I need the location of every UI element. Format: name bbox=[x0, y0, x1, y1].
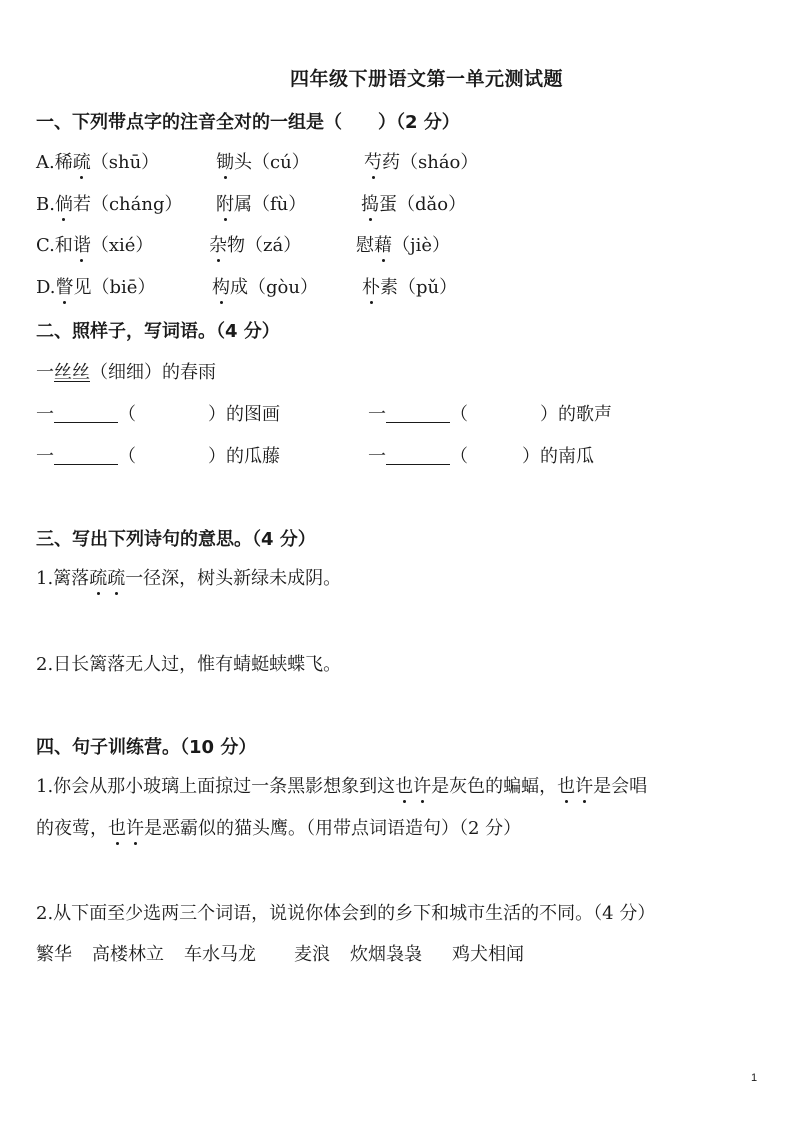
poem-line-2: 2.日长篱落无人过，惟有蜻蜓蛱蝶飞。 bbox=[36, 650, 341, 676]
option-d-item2: 构成（gòu） bbox=[212, 273, 318, 299]
option-d-item3: 朴素（pǔ） bbox=[362, 273, 457, 299]
option-c-item2: 杂物（zá） bbox=[209, 231, 301, 257]
fill-item-4: 一（ ）的南瓜 bbox=[368, 442, 594, 468]
section4-heading: 四、句子训练营。（10 分） bbox=[36, 733, 256, 759]
option-d: D.瞥见（biē） bbox=[36, 273, 155, 299]
answer-blank[interactable] bbox=[386, 404, 450, 423]
option-a-item3: 芍药（sháo） bbox=[364, 148, 478, 174]
section2-heading: 二、照样子，写词语。（4 分） bbox=[36, 317, 280, 343]
section3-heading: 三、写出下列诗句的意思。（4 分） bbox=[36, 525, 316, 551]
section1-heading: 一、下列带点字的注音全对的一组是（ ）（2 分） bbox=[36, 108, 460, 134]
answer-blank[interactable] bbox=[54, 404, 118, 423]
option-b-item2: 附属（fù） bbox=[216, 190, 306, 216]
fill-item-1: 一（ ）的图画 bbox=[36, 400, 280, 426]
option-c: C.和谐（xié） bbox=[36, 231, 153, 257]
example-line: 一丝丝（细细）的春雨 bbox=[36, 358, 216, 384]
option-b: B.倘若（cháng） bbox=[36, 190, 182, 216]
fill-item-3: 一（ ）的瓜藤 bbox=[36, 442, 280, 468]
option-c-item3: 慰藉（jiè） bbox=[356, 231, 450, 257]
answer-blank[interactable] bbox=[54, 446, 118, 465]
answer-blank[interactable] bbox=[386, 446, 450, 465]
sentence-q2: 2.从下面至少选两三个词语，说说你体会到的乡下和城市生活的不同。（4 分） bbox=[36, 899, 655, 925]
page-number: 1 bbox=[751, 1072, 757, 1084]
poem-line-1: 1.篱落疏疏一径深，树头新绿未成阴。 bbox=[36, 564, 341, 590]
document-title: 四年级下册语文第一单元测试题 bbox=[290, 64, 563, 91]
sentence-q1-line2: 的夜莺，也许是恶霸似的猫头鹰。（用带点词语造句）（2 分） bbox=[36, 814, 521, 840]
option-a: A.稀疏（shū） bbox=[36, 148, 159, 174]
word-list: 繁华高楼林立车水马龙麦浪炊烟袅袅鸡犬相闻 bbox=[36, 940, 524, 966]
option-b-item3: 捣蛋（dǎo） bbox=[361, 190, 466, 216]
fill-item-2: 一（ ）的歌声 bbox=[368, 400, 612, 426]
sentence-q1-line1: 1.你会从那小玻璃上面掠过一条黑影想象到这也许是灰色的蝙蝠，也许是会唱 bbox=[36, 772, 647, 798]
option-a-item2: 锄头（cú） bbox=[216, 148, 310, 174]
